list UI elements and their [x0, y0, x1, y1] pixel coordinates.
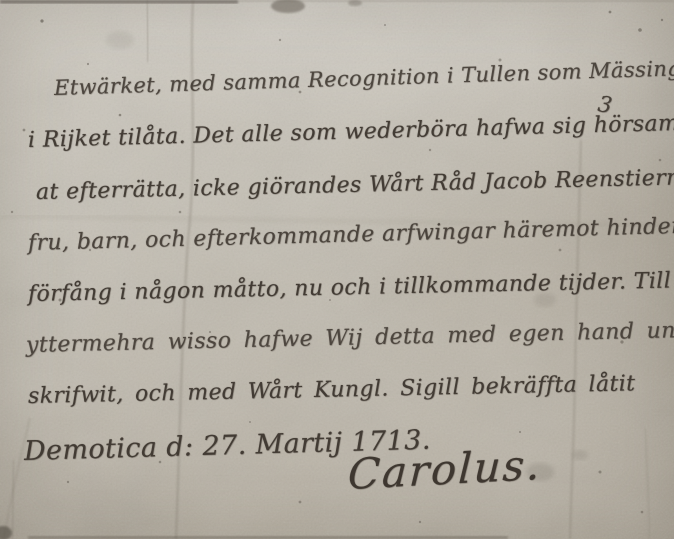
- signature-carolus: Carolus.: [347, 440, 543, 499]
- manuscript-photo: Etwärket, med samma Recognition i Tullen…: [0, 0, 674, 539]
- manuscript-line-4: fru, barn, och efterkommande arfwingar h…: [28, 212, 674, 256]
- manuscript-line-3: at efterrätta, icke giörandes Wårt Råd J…: [36, 164, 674, 205]
- top-edge-shadow: [0, 0, 674, 13]
- manuscript-line-6: yttermehra wisso hafwe Wij detta med ege…: [26, 317, 674, 358]
- manuscript-line-1: Etwärket, med samma Recognition i Tullen…: [54, 55, 674, 100]
- bottom-edge-shadow: [0, 526, 508, 539]
- manuscript-line-7: skrifwit, och med Wårt Kungl. Sigill bek…: [28, 371, 636, 409]
- manuscript-line-5: förfång i någon måtto, nu och i tillkomm…: [28, 269, 672, 307]
- manuscript-line-2: i Rijket tilåta. Det alle som wederböra …: [28, 111, 674, 153]
